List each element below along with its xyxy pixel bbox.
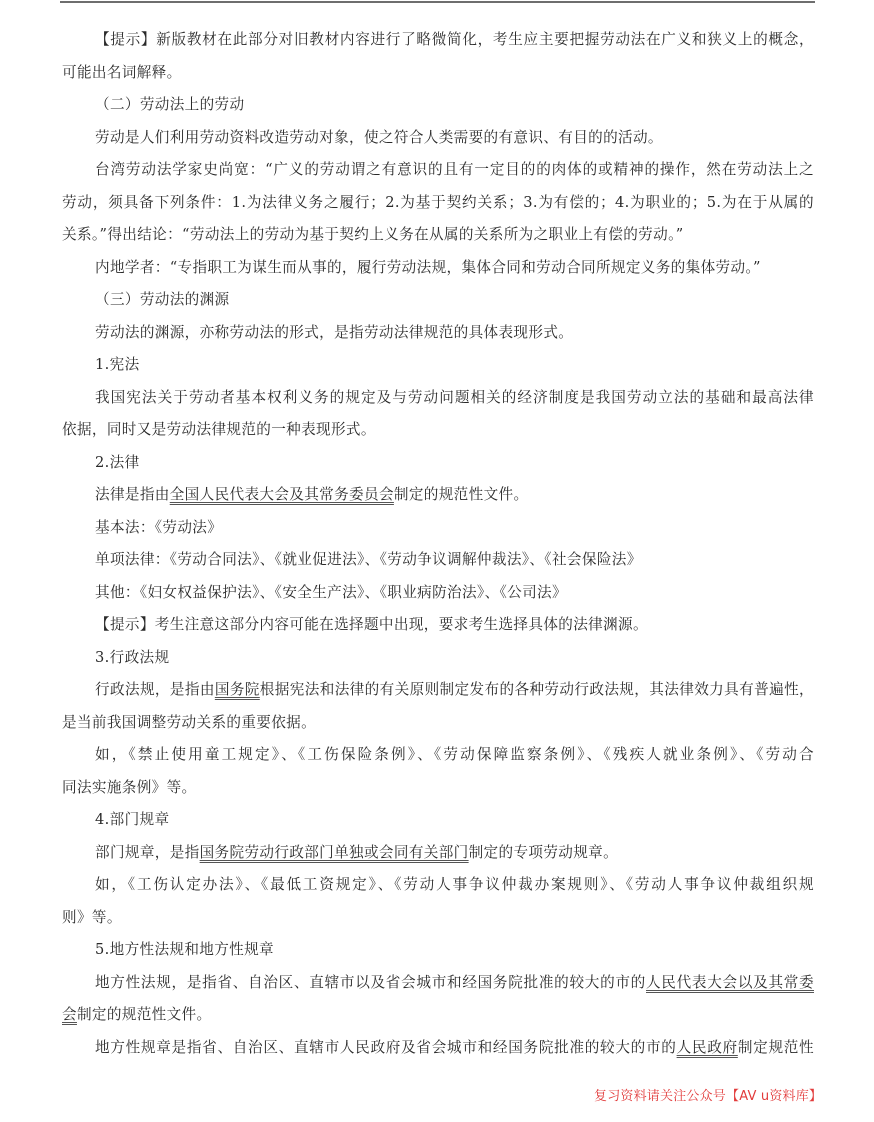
paragraph-line: 劳动是人们利用劳动资料改造劳动对象，使之符合人类需要的有意识、有目的的活动。 — [62, 122, 814, 155]
subsection-heading: 3.行政法规 — [62, 642, 814, 675]
paragraph-line: 法律是指由全国人民代表大会及其常务委员会制定的规范性文件。 — [62, 479, 814, 512]
subsection-heading: 5.地方性法规和地方性规章 — [62, 934, 814, 967]
paragraph-line: 部门规章，是指国务院劳动行政部门单独或会同有关部门制定的专项劳动规章。 — [62, 837, 814, 870]
document-page: 【提示】新版教材在此部分对旧教材内容进行了略微简化，考生应主要把握劳动法在广义和… — [62, 24, 814, 1064]
watermark-text: 复习资料请关注公众号【AV u资料库】 — [594, 1085, 822, 1104]
text-segment: 法律是指由 — [95, 486, 170, 503]
paragraph-line: 单项法律：《劳动合同法》、《就业促进法》、《劳动争议调解仲裁法》、《社会保险法》 — [62, 544, 814, 577]
text-segment: 制定规范性 — [738, 1039, 814, 1056]
underlined-term: 全国人民代表大会及其常务委员会 — [170, 486, 394, 503]
tip-paragraph-line: 可能出名词解释。 — [62, 57, 814, 90]
paragraph-line: 行政法规，是指由国务院根据宪法和法律的有关原则制定发布的各种劳动行政法规，其法律… — [62, 674, 814, 707]
paragraph-line: 如，《工伤认定办法》、《最低工资规定》、《劳动人事争议仲裁办案规则》、《劳动人事… — [62, 869, 814, 902]
text-segment: 制定的规范性文件。 — [394, 486, 529, 503]
paragraph-line: 同法实施条例》等。 — [62, 772, 814, 805]
underlined-term: 人民政府 — [677, 1039, 738, 1056]
paragraph-line: 其他：《妇女权益保护法》、《安全生产法》、《职业病防治法》、《公司法》 — [62, 577, 814, 610]
paragraph-line: 关系。”得出结论：“劳动法上的劳动为基于契约上义务在从属的关系所为之职业上有偿的… — [62, 219, 814, 252]
text-segment: 根据宪法和法律的有关原则制定发布的各种劳动行政法规，其法律效力具有普遍性， — [260, 681, 814, 698]
text-segment: 地方性规章是指省、自治区、直辖市人民政府及省会城市和经国务院批准的较大的市的 — [95, 1039, 677, 1056]
header-rule — [60, 1, 815, 3]
underlined-term: 会 — [62, 1006, 77, 1023]
subsection-heading: 2.法律 — [62, 447, 814, 480]
tip-paragraph-line: 【提示】考生注意这部分内容可能在选择题中出现，要求考生选择具体的法律渊源。 — [62, 609, 814, 642]
underlined-term: 国务院劳动行政部门单独或会同有关部门 — [200, 844, 469, 861]
paragraph-line: 基本法：《劳动法》 — [62, 512, 814, 545]
underlined-term: 人民代表大会以及其常委 — [646, 974, 814, 991]
paragraph-line: 是当前我国调整劳动关系的重要依据。 — [62, 707, 814, 740]
paragraph-line: 内地学者：“专指职工为谋生而从事的，履行劳动法规，集体合同和劳动合同所规定义务的… — [62, 252, 814, 285]
text-segment: 地方性法规，是指省、自治区、直辖市以及省会城市和经国务院批准的较大的市的 — [95, 974, 646, 991]
text-segment: 部门规章，是指 — [95, 844, 200, 861]
tip-paragraph-line: 【提示】新版教材在此部分对旧教材内容进行了略微简化，考生应主要把握劳动法在广义和… — [62, 24, 814, 57]
underlined-term: 国务院 — [215, 681, 260, 698]
paragraph-line: 地方性规章是指省、自治区、直辖市人民政府及省会城市和经国务院批准的较大的市的人民… — [62, 1032, 814, 1065]
paragraph-line: 地方性法规，是指省、自治区、直辖市以及省会城市和经国务院批准的较大的市的人民代表… — [62, 967, 814, 1000]
section-heading: （三）劳动法的渊源 — [62, 284, 814, 317]
text-segment: 制定的专项劳动规章。 — [469, 844, 618, 861]
paragraph-line: 依据，同时又是劳动法律规范的一种表现形式。 — [62, 414, 814, 447]
text-segment: 行政法规，是指由 — [95, 681, 215, 698]
paragraph-line: 会制定的规范性文件。 — [62, 999, 814, 1032]
paragraph-line: 台湾劳动法学家史尚宽：“广义的劳动谓之有意识的且有一定目的的肉体的或精神的操作，… — [62, 154, 814, 187]
subsection-heading: 4.部门规章 — [62, 804, 814, 837]
paragraph-line: 劳动，须具备下列条件：1.为法律义务之履行；2.为基于契约关系；3.为有偿的；4… — [62, 187, 814, 220]
paragraph-line: 劳动法的渊源，亦称劳动法的形式，是指劳动法律规范的具体表现形式。 — [62, 317, 814, 350]
section-heading: （二）劳动法上的劳动 — [62, 89, 814, 122]
paragraph-line: 我国宪法关于劳动者基本权利义务的规定及与劳动问题相关的经济制度是我国劳动立法的基… — [62, 382, 814, 415]
paragraph-line: 则》等。 — [62, 902, 814, 935]
text-segment: 制定的规范性文件。 — [77, 1006, 212, 1023]
subsection-heading: 1.宪法 — [62, 349, 814, 382]
paragraph-line: 如，《禁止使用童工规定》、《工伤保险条例》、《劳动保障监察条例》、《残疾人就业条… — [62, 739, 814, 772]
